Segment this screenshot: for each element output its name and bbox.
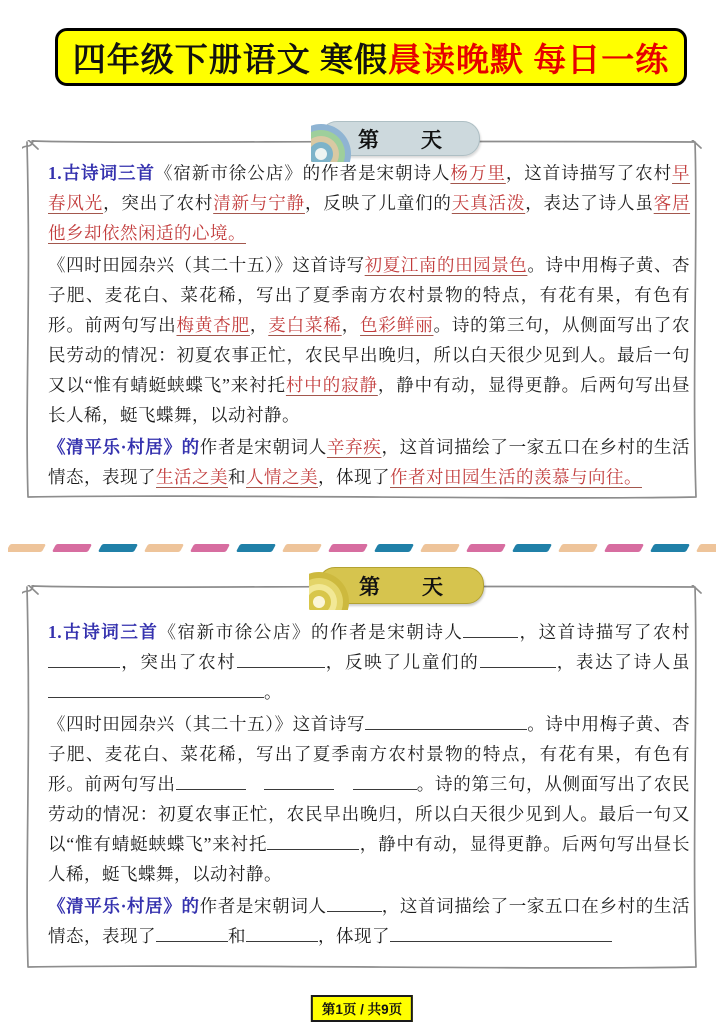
- divider-dash: [696, 544, 716, 552]
- divider-dash: [466, 544, 506, 552]
- blank-line: [246, 924, 318, 943]
- paragraph: 《清平乐·村居》的作者是宋朝词人，这首词描绘了一家五口在乡村的生活情态，表现了和…: [48, 891, 690, 951]
- text-segment: 初夏江南的田园景色: [365, 255, 528, 275]
- divider-dash: [236, 544, 276, 552]
- page-title: 四年级下册语文 寒假晨读晚默 每日一练: [73, 34, 670, 81]
- text-segment: 杨万里: [450, 163, 505, 183]
- divider-dash: [8, 544, 46, 552]
- blank-line: [480, 650, 556, 669]
- text-segment: 《清平乐·村居》的: [48, 896, 200, 916]
- blank-line: [48, 680, 264, 699]
- worksheet-page: 四年级下册语文 寒假晨读晚默 每日一练 第 天 1.古诗词三首《宿新市徐公店》的…: [0, 0, 724, 1024]
- text-segment: 。: [264, 682, 282, 702]
- text-segment: [246, 774, 264, 794]
- scroll-decoration-icon: [309, 566, 353, 610]
- section-header-pill: 第 天: [320, 121, 480, 156]
- section-content: 1.古诗词三首《宿新市徐公店》的作者是宋朝诗人杨万里，这首诗描写了农村早春风光，…: [48, 158, 690, 494]
- section-content: 1.古诗词三首《宿新市徐公店》的作者是宋朝诗人，这首诗描写了农村，突出了农村，反…: [48, 617, 690, 953]
- section-day-answers: 第 天 1.古诗词三首《宿新市徐公店》的作者是宋朝诗人杨万里，这首诗描写了农村早…: [22, 140, 704, 500]
- text-segment: 作者是宋朝词人: [200, 437, 327, 457]
- blank-line: [176, 772, 246, 791]
- text-segment: 《清平乐·村居》的: [48, 437, 200, 457]
- divider-dash: [144, 544, 184, 552]
- text-segment: 第: [322, 1002, 336, 1017]
- text-segment: 1.古诗词三首: [48, 163, 155, 183]
- divider-dash: [512, 544, 552, 552]
- paragraph: 1.古诗词三首《宿新市徐公店》的作者是宋朝诗人杨万里，这首诗描写了农村早春风光，…: [48, 158, 690, 248]
- blank-line: [264, 772, 334, 791]
- text-segment: 作者对田园生活的羡慕与向往。: [390, 467, 642, 487]
- section-header-label: 第 天: [358, 124, 442, 154]
- text-segment: 色彩鲜丽: [360, 315, 433, 335]
- text-segment: 和: [228, 467, 246, 487]
- paragraph: 《四时田园杂兴（其二十五）》这首诗写初夏江南的田园景色。诗中用梅子黄、杏子肥、麦…: [48, 250, 690, 430]
- text-segment: 辛弃疾: [327, 437, 382, 457]
- divider-dash: [374, 544, 414, 552]
- scroll-decoration-icon: [311, 118, 355, 162]
- blank-line: [365, 712, 527, 731]
- section-day-blanks: 第 天 1.古诗词三首《宿新市徐公店》的作者是宋朝诗人，这首诗描写了农村，突出了…: [22, 585, 704, 970]
- blank-line: [463, 620, 518, 639]
- divider-dash: [604, 544, 644, 552]
- blank-line: [267, 832, 359, 851]
- text-segment: 《四时田园杂兴（其二十五）》这首诗写: [48, 255, 365, 275]
- text-segment: 作者是宋朝词人: [200, 896, 327, 916]
- dashed-divider: [8, 544, 716, 553]
- text-segment: 1.古诗词三首: [48, 622, 159, 642]
- divider-dash: [328, 544, 368, 552]
- text-segment: ，突出了农村: [120, 652, 237, 672]
- text-segment: ，表达了诗人虽: [556, 652, 691, 672]
- text-segment: ，突出了农村: [103, 193, 213, 213]
- divider-dash: [190, 544, 230, 552]
- section-header-label: 第 天: [359, 571, 443, 601]
- text-segment: 《四时田园杂兴（其二十五）》这首诗写: [48, 714, 365, 734]
- divider-dash: [558, 544, 598, 552]
- page-number-badge: 第1页 / 共9页: [311, 995, 413, 1022]
- text-segment: 和: [228, 926, 246, 946]
- text-segment: 清新与宁静: [213, 193, 305, 213]
- text-segment: 生活之美: [156, 467, 228, 487]
- divider-dash: [420, 544, 460, 552]
- blank-line: [390, 924, 612, 943]
- blank-line: [156, 924, 228, 943]
- text-segment: 晨读晚默 每日一练: [388, 43, 669, 79]
- title-banner: 四年级下册语文 寒假晨读晚默 每日一练: [55, 28, 687, 86]
- text-segment: 人情之美: [246, 467, 318, 487]
- text-segment: ，反映了儿童们的: [305, 193, 452, 213]
- section-header-pill: 第 天: [318, 567, 484, 604]
- blank-line: [48, 650, 120, 669]
- paragraph: 《清平乐·村居》的作者是宋朝词人辛弃疾，这首词描绘了一家五口在乡村的生活情态，表…: [48, 432, 690, 492]
- divider-dash: [282, 544, 322, 552]
- paragraph: 1.古诗词三首《宿新市徐公店》的作者是宋朝诗人，这首诗描写了农村，突出了农村，反…: [48, 617, 690, 707]
- text-segment: 页: [389, 1002, 403, 1017]
- text-segment: ，这首诗描写了农村: [506, 163, 672, 183]
- text-segment: 梅黄杏肥: [176, 315, 249, 335]
- text-segment: ，体现了: [318, 467, 390, 487]
- text-segment: ，: [342, 315, 360, 335]
- text-segment: ，这首诗描写了农村: [518, 622, 690, 642]
- text-segment: ，反映了儿童们的: [325, 652, 480, 672]
- divider-dash: [52, 544, 92, 552]
- text-segment: 四年级下册语文 寒假: [73, 43, 388, 79]
- text-segment: [334, 774, 352, 794]
- divider-dash: [650, 544, 690, 552]
- text-segment: ，: [250, 315, 268, 335]
- text-segment: 天真活泼: [452, 193, 525, 213]
- blank-line: [353, 772, 417, 791]
- text-segment: 《宿新市徐公店》的作者是宋朝诗人: [159, 622, 464, 642]
- text-segment: 9: [381, 1002, 389, 1017]
- blank-line: [327, 894, 382, 913]
- text-segment: 1: [335, 1002, 343, 1017]
- blank-line: [237, 650, 325, 669]
- text-segment: 麦白菜稀: [268, 315, 341, 335]
- text-segment: ，体现了: [318, 926, 390, 946]
- text-segment: ，表达了诗人虽: [525, 193, 653, 213]
- text-segment: 村中的寂静: [286, 375, 378, 395]
- paragraph: 《四时田园杂兴（其二十五）》这首诗写。诗中用梅子黄、杏子肥、麦花白、菜花稀，写出…: [48, 709, 690, 889]
- text-segment: 《宿新市徐公店》的作者是宋朝诗人: [155, 163, 450, 183]
- text-segment: 页 / 共: [343, 1002, 381, 1017]
- divider-dash: [98, 544, 138, 552]
